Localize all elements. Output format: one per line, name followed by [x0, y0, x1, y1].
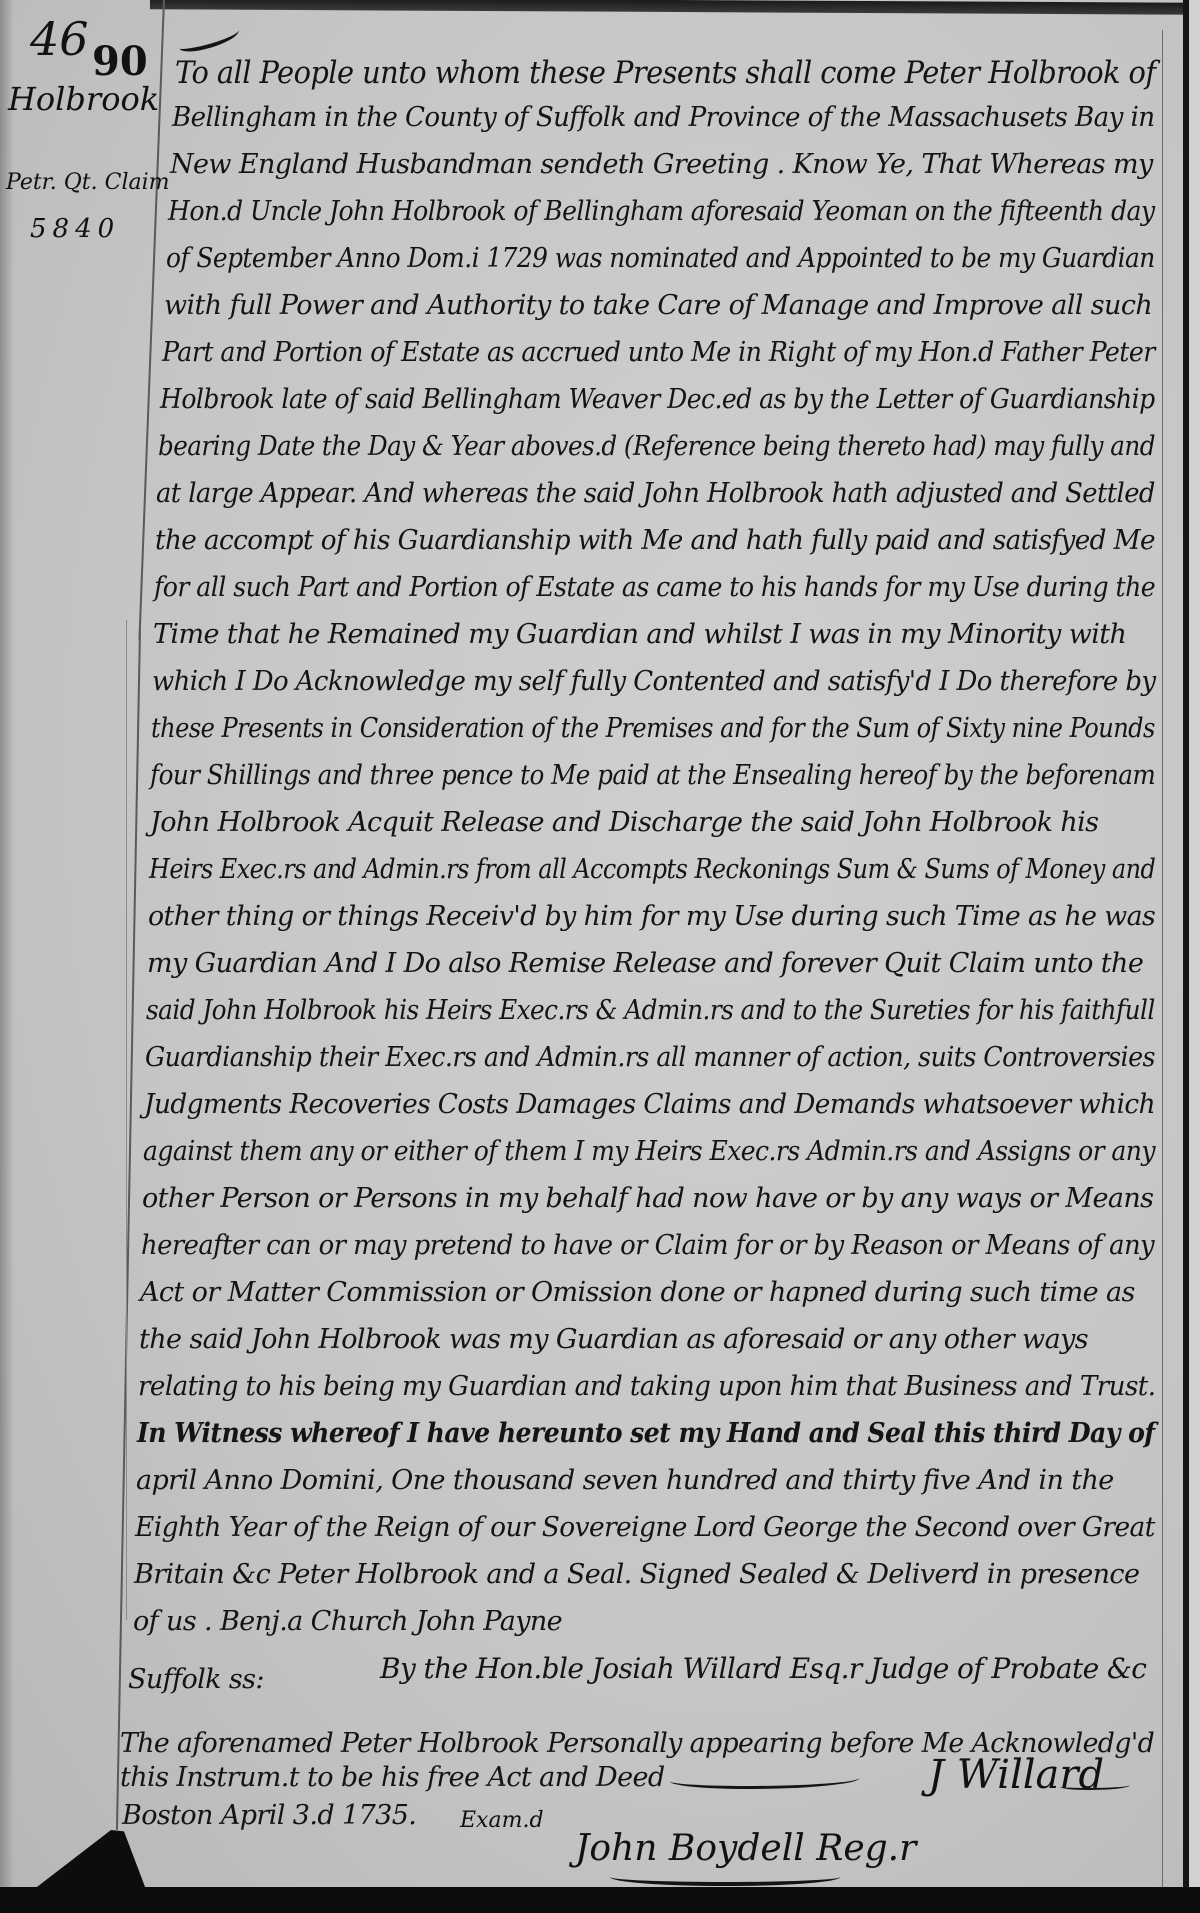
- deed-line: Hon.d Uncle John Holbrook of Bellingham …: [168, 196, 1155, 227]
- acknowledgment-line: this Instrum.t to be his free Act and De…: [120, 1762, 665, 1793]
- deed-line: other thing or things Receiv'd by him fo…: [148, 901, 1155, 932]
- deed-line: said John Holbrook his Heirs Exec.rs & A…: [146, 995, 1155, 1026]
- deed-line: other Person or Persons in my behalf had…: [142, 1183, 1153, 1214]
- deed-line: april Anno Domini, One thousand seven hu…: [136, 1465, 1114, 1496]
- ledger-page: 46 90 Holbrook Petr. Qt. Claim 5840 To a…: [0, 0, 1200, 1913]
- page-top-edge: [150, 0, 1200, 15]
- venue: Suffolk ss:: [128, 1664, 264, 1695]
- register-signature-paraph: [610, 1868, 840, 1886]
- deed-line: at large Appear. And whereas the said Jo…: [156, 478, 1155, 509]
- probate-heading: By the Hon.ble Josiah Willard Esq.r Judg…: [380, 1652, 1146, 1685]
- register-signature: John Boydell Reg.r: [575, 1828, 916, 1869]
- deed-line: In Witness whereof I have hereunto set m…: [137, 1418, 1155, 1449]
- deed-line: Britain &c Peter Holbrook and a Seal. Si…: [134, 1559, 1139, 1590]
- deed-line: against them any or either of them I my …: [143, 1136, 1155, 1167]
- deed-line: To all People unto whom these Presents s…: [175, 55, 1156, 91]
- margin-note-claim: Petr. Qt. Claim: [6, 170, 170, 195]
- deed-line: the said John Holbrook was my Guardian a…: [139, 1324, 1088, 1355]
- deed-line: hereafter can or may pretend to have or …: [141, 1230, 1154, 1261]
- left-margin-rule-faint: [126, 620, 127, 1620]
- deed-line: with full Power and Authority to take Ca…: [164, 290, 1152, 321]
- deed-line: Bellingham in the County of Suffolk and …: [172, 102, 1155, 133]
- deed-line: four Shillings and three pence to Me pai…: [150, 760, 1155, 791]
- left-margin-rule-lower: [116, 630, 141, 1830]
- deed-line: Time that he Remained my Guardian and wh…: [153, 619, 1126, 650]
- deed-line: Guardianship their Exec.rs and Admin.rs …: [145, 1042, 1155, 1073]
- deed-line: for all such Part and Portion of Estate …: [154, 572, 1155, 603]
- deed-flourish: [670, 1770, 860, 1789]
- deed-line: my Guardian And I Do also Remise Release…: [147, 948, 1143, 979]
- deed-line: of us . Benj.a Church John Payne: [133, 1606, 562, 1637]
- opening-flourish: [177, 23, 242, 55]
- deed-line: these Presents in Consideration of the P…: [151, 713, 1155, 744]
- judge-signature-tail: [1060, 1782, 1130, 1790]
- deed-line: Act or Matter Commission or Omission don…: [140, 1277, 1135, 1308]
- deed-line: relating to his being my Guardian and ta…: [138, 1371, 1155, 1402]
- folio-old-number: 46: [30, 12, 89, 66]
- place-date: Boston April 3.d 1735.: [122, 1800, 416, 1831]
- deed-line: Heirs Exec.rs and Admin.rs from all Acco…: [149, 854, 1155, 885]
- deed-line: the accompt of his Guardianship with Me …: [155, 525, 1155, 556]
- deed-line: which I Do Acknowledge my self fully Con…: [152, 666, 1155, 697]
- margin-surname: Holbrook: [8, 80, 159, 118]
- deed-line: Part and Portion of Estate as accrued un…: [162, 337, 1155, 368]
- adjacent-page-strip: [1189, 0, 1200, 1913]
- deed-line: of September Anno Dom.i 1729 was nominat…: [166, 243, 1155, 274]
- deed-line: Holbrook late of said Bellingham Weaver …: [160, 384, 1155, 415]
- folio-number: 90: [92, 38, 148, 85]
- judge-signature: J Willard: [928, 1752, 1104, 1798]
- deed-line: Judgments Recoveries Costs Damages Claim…: [144, 1089, 1155, 1120]
- deed-line: bearing Date the Day & Year aboves.d (Re…: [158, 431, 1155, 462]
- margin-case-number: 5840: [30, 214, 120, 244]
- page-left-shadow: [0, 0, 14, 1913]
- right-margin-rule: [1162, 30, 1163, 1890]
- deed-line: Eighth Year of the Reign of our Sovereig…: [135, 1512, 1155, 1543]
- deed-line: John Holbrook Acquit Release and Dischar…: [150, 807, 1098, 838]
- page-bottom-edge: [0, 1887, 1200, 1913]
- examined-mark: Exam.d: [460, 1808, 544, 1833]
- deed-line: New England Husbandman sendeth Greeting …: [170, 149, 1153, 180]
